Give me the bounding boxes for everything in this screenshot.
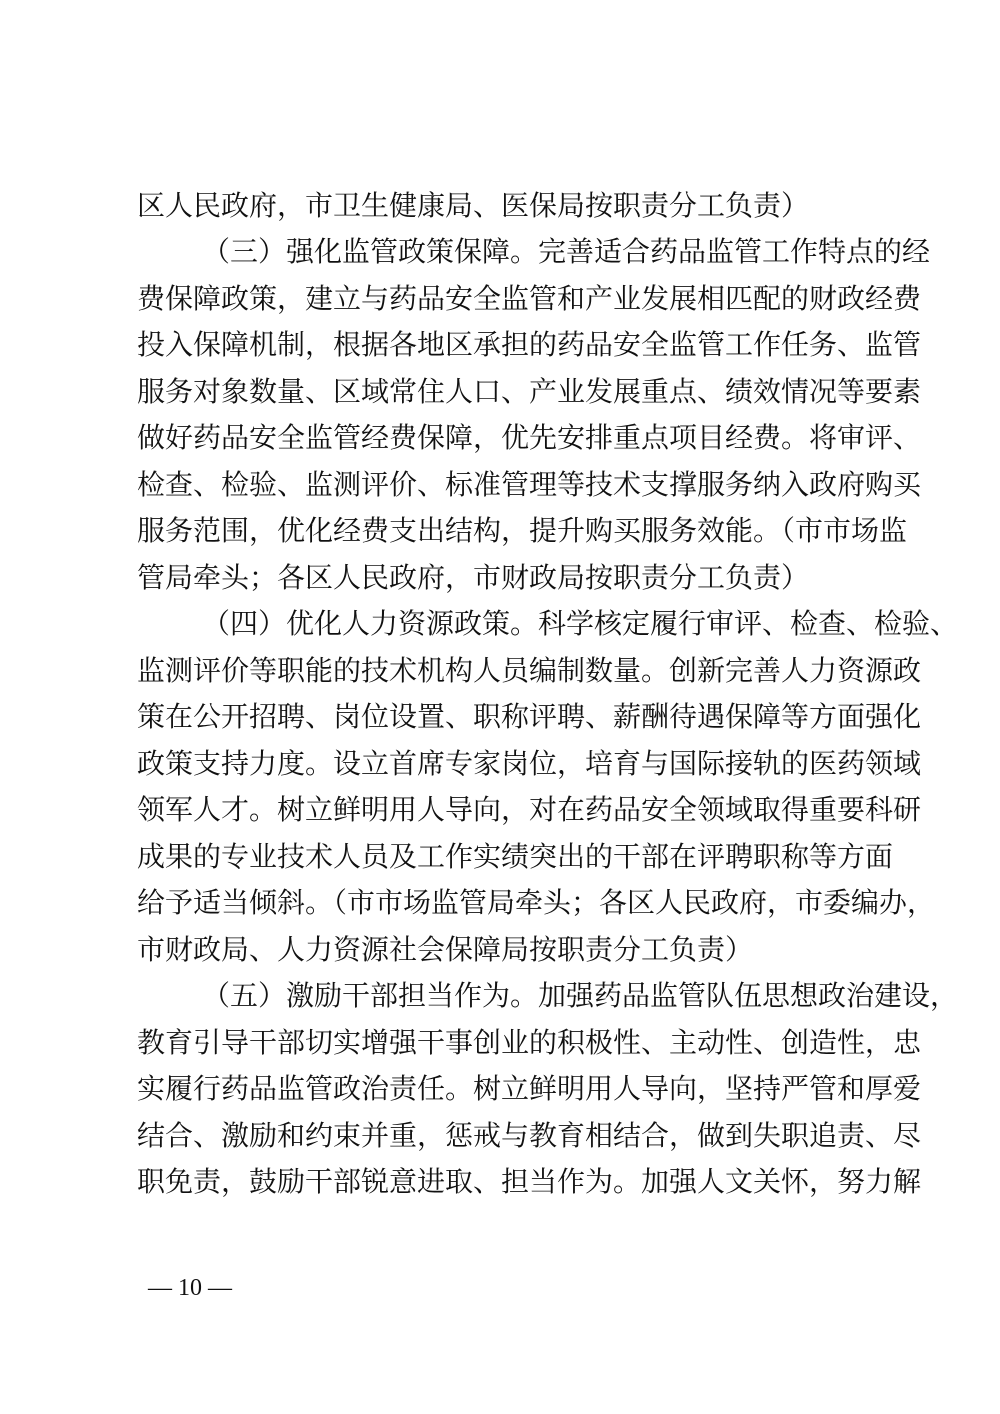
text-line: 服务范围，优化经费支出结构，提升购买服务效能。（市市场监 bbox=[137, 511, 879, 551]
text-line: 监测评价等职能的技术机构人员编制数量。创新完善人力资源政 bbox=[137, 651, 879, 691]
text-line: 检查、检验、监测评价、标准管理等技术支撑服务纳入政府购买 bbox=[137, 465, 879, 505]
text-line: 给予适当倾斜。（市市场监管局牵头；各区人民政府，市委编办， bbox=[137, 883, 879, 923]
text-line: 区人民政府，市卫生健康局、医保局按职责分工负责） bbox=[137, 186, 879, 226]
text-line: 政策支持力度。设立首席专家岗位，培育与国际接轨的医药领域 bbox=[137, 744, 879, 784]
text-line: 管局牵头；各区人民政府，市财政局按职责分工负责） bbox=[137, 558, 879, 598]
text-line: 投入保障机制，根据各地区承担的药品安全监管工作任务、监管 bbox=[137, 325, 879, 365]
text-line: 领军人才。树立鲜明用人导向，对在药品安全领域取得重要科研 bbox=[137, 790, 879, 830]
document-page: 区人民政府，市卫生健康局、医保局按职责分工负责） （三）强化监管政策保障。完善适… bbox=[0, 0, 1000, 1414]
page-number: — 10 — bbox=[148, 1275, 232, 1302]
text-line: 职免责，鼓励干部锐意进取、担当作为。加强人文关怀，努力解 bbox=[137, 1162, 879, 1202]
text-line: 服务对象数量、区域常住人口、产业发展重点、绩效情况等要素 bbox=[137, 372, 879, 412]
section-heading-3-line: （三）强化监管政策保障。完善适合药品监管工作特点的经 bbox=[202, 232, 879, 272]
text-line: 实履行药品监管政治责任。树立鲜明用人导向，坚持严管和厚爱 bbox=[137, 1069, 879, 1109]
text-line: 费保障政策，建立与药品安全监管和产业发展相匹配的财政经费 bbox=[137, 279, 879, 319]
text-line: 市财政局、人力资源社会保障局按职责分工负责） bbox=[137, 930, 879, 970]
section-heading-5-line: （五）激励干部担当作为。加强药品监管队伍思想政治建设， bbox=[202, 976, 879, 1016]
text-line: 策在公开招聘、岗位设置、职称评聘、薪酬待遇保障等方面强化 bbox=[137, 697, 879, 737]
section-heading-4-line: （四）优化人力资源政策。科学核定履行审评、检查、检验、 bbox=[202, 604, 879, 644]
text-line: 结合、激励和约束并重，惩戒与教育相结合，做到失职追责、尽 bbox=[137, 1116, 879, 1156]
text-line: 成果的专业技术人员及工作实绩突出的干部在评聘职称等方面 bbox=[137, 837, 879, 877]
text-line: 做好药品安全监管经费保障，优先安排重点项目经费。将审评、 bbox=[137, 418, 879, 458]
text-line: 教育引导干部切实增强干事创业的积极性、主动性、创造性，忠 bbox=[137, 1023, 879, 1063]
